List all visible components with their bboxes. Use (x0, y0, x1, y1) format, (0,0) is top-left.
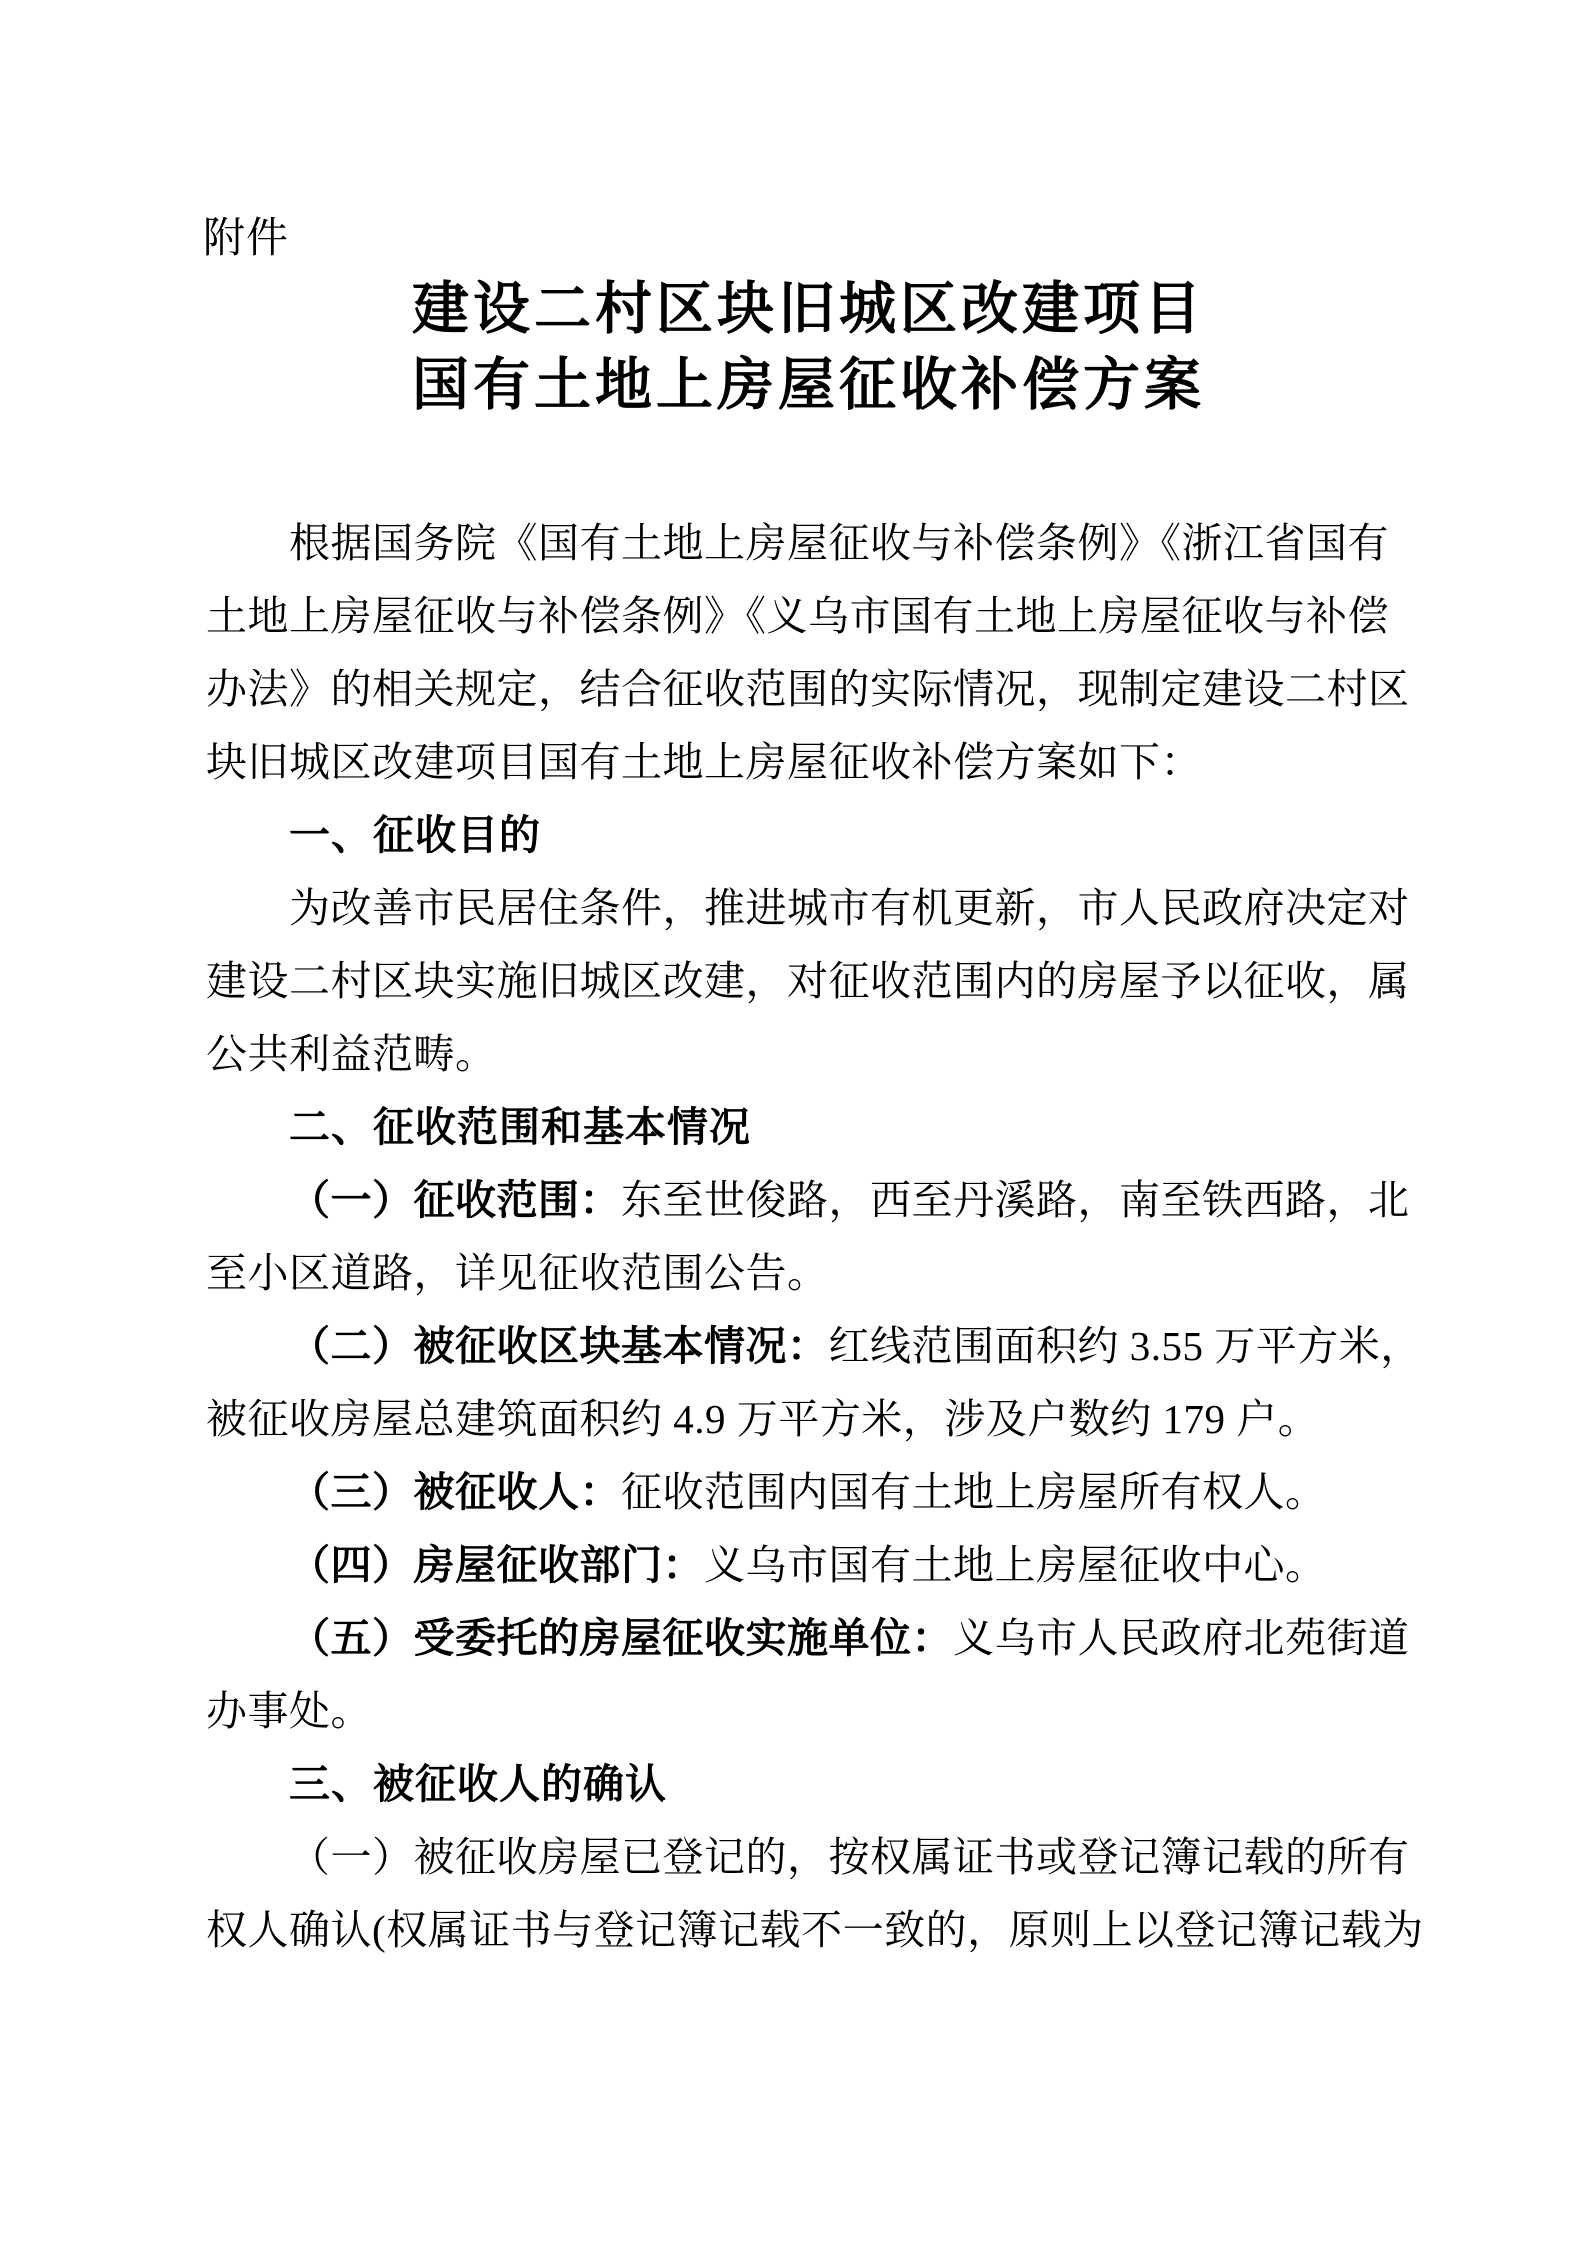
document-line: 为改善市民居住条件，推进城市有机更新，市人民政府决定对 (206, 872, 1411, 945)
document-line: 办法》的相关规定，结合征收范围的实际情况，现制定建设二村区 (206, 653, 1411, 726)
document-line: （二）被征收区块基本情况：红线范围面积约 3.55 万平方米， (206, 1310, 1411, 1383)
clause-label: （二）被征收区块基本情况： (289, 1323, 829, 1369)
document-line: （一）被征收房屋已登记的，按权属证书或登记簿记载的所有 (206, 1821, 1411, 1894)
document-line: （四）房屋征收部门：义乌市国有土地上房屋征收中心。 (206, 1529, 1411, 1602)
document-line: 办事处。 (206, 1675, 1411, 1748)
document-line: （五）受委托的房屋征收实施单位：义乌市人民政府北苑街道 (206, 1602, 1411, 1675)
title-line-1: 建设二村区块旧城区改建项目 (206, 272, 1411, 348)
clause-label: （三）被征收人： (289, 1469, 621, 1515)
section-heading: 三、被征收人的确认 (206, 1748, 1411, 1821)
document-line: 建设二村区块实施旧城区改建，对征收范围内的房屋予以征收，属 (206, 945, 1411, 1018)
clause-text: 东至世俊路，西至丹溪路，南至铁西路，北 (621, 1177, 1410, 1223)
attachment-label: 附件 (203, 213, 289, 263)
clause-text: 征收范围内国有土地上房屋所有权人。 (621, 1469, 1327, 1515)
title-line-2: 国有土地上房屋征收补偿方案 (206, 348, 1411, 424)
clause-label: （四）房屋征收部门： (289, 1542, 704, 1588)
section-heading: 二、征收范围和基本情况 (206, 1091, 1411, 1164)
clause-text: 义乌市人民政府北苑街道 (953, 1615, 1410, 1661)
document-body: 根据国务院《国有土地上房屋征收与补偿条例》《浙江省国有土地上房屋征收与补偿条例》… (206, 507, 1411, 1967)
clause-label: （一）征收范围： (289, 1177, 621, 1223)
document-line: 土地上房屋征收与补偿条例》《义乌市国有土地上房屋征收与补偿 (206, 580, 1411, 653)
clause-text: 义乌市国有土地上房屋征收中心。 (704, 1542, 1327, 1588)
document-line: 公共利益范畴。 (206, 1018, 1411, 1091)
document-line: 权人确认(权属证书与登记簿记载不一致的，原则上以登记簿记载为 (206, 1894, 1411, 1967)
document-line: 根据国务院《国有土地上房屋征收与补偿条例》《浙江省国有 (206, 507, 1411, 580)
document-title: 建设二村区块旧城区改建项目 国有土地上房屋征收补偿方案 (206, 272, 1411, 424)
clause-label: （五）受委托的房屋征收实施单位： (289, 1615, 953, 1661)
document-line: 至小区道路，详见征收范围公告。 (206, 1237, 1411, 1310)
section-heading: 一、征收目的 (206, 799, 1411, 872)
document-line: 被征收房屋总建筑面积约 4.9 万平方米，涉及户数约 179 户。 (206, 1383, 1411, 1456)
document-line: （三）被征收人：征收范围内国有土地上房屋所有权人。 (206, 1456, 1411, 1529)
clause-text: 红线范围面积约 3.55 万平方米， (829, 1323, 1422, 1369)
document-page: 附件 建设二村区块旧城区改建项目 国有土地上房屋征收补偿方案 根据国务院《国有土… (0, 0, 1587, 2244)
document-line: 块旧城区改建项目国有土地上房屋征收补偿方案如下： (206, 726, 1411, 799)
document-line: （一）征收范围：东至世俊路，西至丹溪路，南至铁西路，北 (206, 1164, 1411, 1237)
